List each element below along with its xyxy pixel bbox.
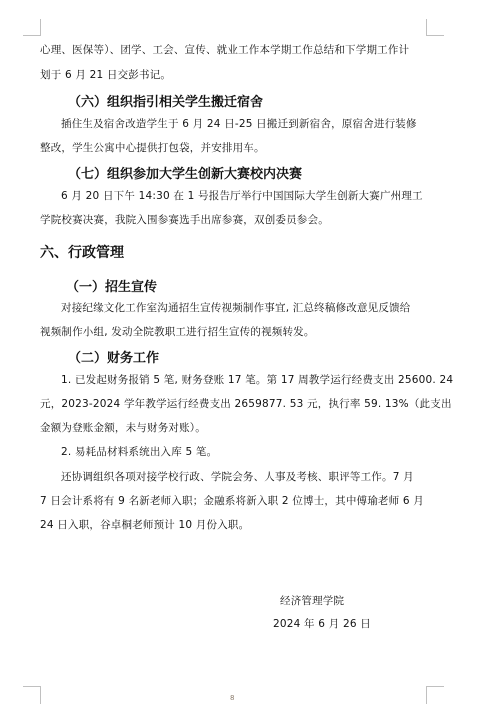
margin-corner-mark-top-left — [23, 19, 41, 36]
paragraph-line: 对接纪缘文化工作室沟通招生宣传视频制作事宜, 汇总终稿修改意见反馈给 — [61, 300, 410, 315]
paragraph-line: 心理、医保等）、团学、工会、宣传、就业工作本学期工作总结和下学期工作计 — [40, 42, 409, 57]
paragraph-line: 整改，学生公寓中心提供打包袋，并安排用车。 — [40, 140, 265, 155]
subheading-6: （六）组织指引相关学生搬迁宿舍 — [68, 91, 263, 110]
paragraph-line: 插住生及宿舍改造学生于 6 月 24 日-25 日搬迁到新宿舍，原宿舍进行装修 — [61, 116, 417, 131]
list-item-line: 金额为登账金额，未与财务对账）。 — [40, 420, 206, 435]
page-number: 8 — [230, 694, 234, 702]
paragraph-line: 7 日会计系将有 9 名新老师入职；金融系将新入职 2 位博士，其中傅瑜老师 6… — [40, 493, 424, 508]
paragraph-line: 视频制作小组, 发动全院教职工进行招生宣传的视频转发。 — [40, 324, 315, 339]
subheading-1: （一）招生宣传 — [66, 276, 157, 295]
section-heading-6: 六、行政管理 — [40, 242, 124, 262]
paragraph-line: 6 月 20 日下午 14:30 在 1 号报告厅举行中国国际大学生创新大赛广州… — [61, 188, 423, 203]
subheading-7: （七）组织参加大学生创新大赛校内决赛 — [68, 163, 302, 182]
margin-corner-mark-bottom-left — [23, 686, 41, 704]
paragraph-line: 24 日入职，谷卓桐老师预计 10 月份入职。 — [40, 517, 249, 532]
signature-date: 2024 年 6 月 26 日 — [273, 616, 371, 631]
list-item-line: 1. 已发起财务报销 5 笔, 财务登账 17 笔。第 17 周教学运行经费支出… — [61, 372, 453, 387]
paragraph-line: 学院校赛决赛，我院入围参赛选手出席参赛，双创委员参会。 — [40, 212, 329, 227]
list-item-line: 2. 易耗品材料系统出入库 5 笔。 — [61, 444, 217, 459]
paragraph-line: 还协调组织各项对接学校行政、学院会务、人事及考核、职评等工作。7 月 — [61, 469, 414, 484]
subheading-2: （二）财务工作 — [68, 347, 159, 366]
margin-corner-mark-bottom-right — [426, 686, 444, 704]
signature-org: 经济管理学院 — [280, 593, 344, 608]
margin-corner-mark-top-right — [426, 19, 444, 36]
paragraph-line: 划于 6 月 21 日交彭书记。 — [40, 67, 171, 82]
list-item-line: 元，2023-2024 学年教学运行经费支出 2659877. 53 元，执行率… — [40, 396, 452, 411]
